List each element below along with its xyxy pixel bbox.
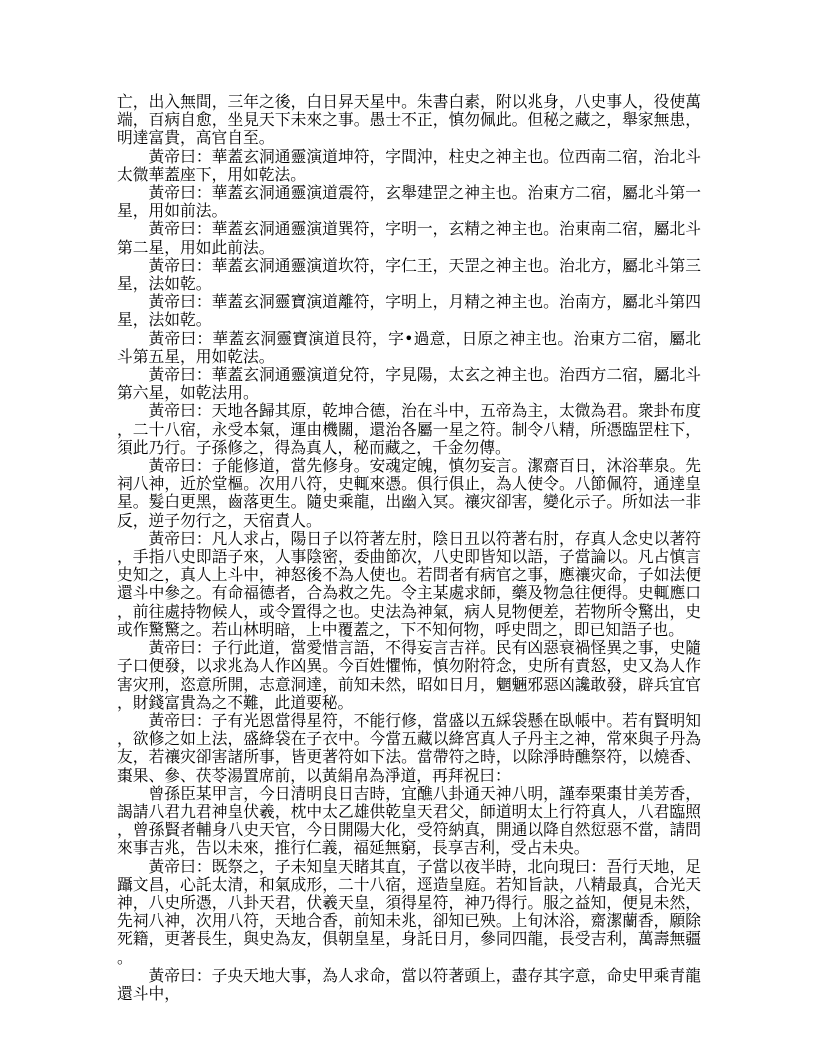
paragraph-great-matters: 黃帝曰：子央天地大事，為人求命，當以符著頭上，盡存其字意，命史甲乘青龍還斗中，: [117, 967, 701, 1003]
paragraph-zhen-talisman: 黃帝曰：華蓋玄洞通靈演道震符，玄舉建罡之神主也。治東方二宿，屬北斗第一星，用如前…: [117, 184, 701, 220]
document-page: 亡，出入無間，三年之後，白日昇天星中。朱書白素，附以兆身，八史事人，役使萬端，百…: [117, 93, 701, 1003]
paragraph-speech-caution: 黃帝曰：子行此道，當愛惜言語，不得妄言吉祥。民有凶惡衰禍怪異之事，史隨子口便發，…: [117, 639, 701, 712]
paragraph-gen-talisman: 黃帝曰：華蓋玄洞靈寶演道艮符，字•過意，日原之神主也。治東方二宿，屬北斗第五星，…: [117, 330, 701, 366]
paragraph-heaven-earth: 黃帝曰：天地各歸其原，乾坤合德，治在斗中，五帝為主，太微為君。衆卦布度，二十八宿…: [117, 402, 701, 457]
paragraph-dui-talisman: 黃帝曰：華蓋玄洞通靈演道兌符，字見陽，太玄之神主也。治西方二宿，屬北斗第六星，如…: [117, 366, 701, 402]
paragraph-star-talisman: 黃帝曰：子有光恩當得星符，不能行修，當盛以五綵袋懸在臥帳中。若有賢明知，欲修之如…: [117, 712, 701, 785]
paragraph-xun-talisman: 黃帝曰：華蓋玄洞通靈演道巽符，字明一，玄精之神主也。治東南二宿，屬北斗第二星，用…: [117, 220, 701, 256]
paragraph-kun-talisman: 黃帝曰：華蓋玄洞通靈演道坤符，字間沖，柱史之神主也。位西南二宿，治北斗太微華蓋座…: [117, 148, 701, 184]
paragraph-divination: 黃帝曰：凡人求占，陽日子以符著左肘，陰日丑以符著右肘，存真人念史以著符，手指八史…: [117, 530, 701, 639]
paragraph-invocation: 曾孫臣某甲言，今日清明良日吉時，宜醮八卦通天神八明，謹奉栗棗甘美芳香，謁請八君九…: [117, 785, 701, 858]
paragraph-after-sacrifice: 黃帝曰：既祭之，子未知皇天睹其直，子當以夜半時，北向現曰：吾行天地，足躡文昌，心…: [117, 858, 701, 967]
paragraph-cultivate-dao: 黃帝曰：子能修道，當先修身。安魂定魄，慎勿妄言。潔齋百日，沐浴華泉。先祠八神，近…: [117, 457, 701, 530]
paragraph-kan-talisman: 黃帝曰：華蓋玄洞通靈演道坎符，字仁王，天罡之神主也。治北方，屬北斗第三星，法如乾…: [117, 257, 701, 293]
paragraph-continuation: 亡，出入無間，三年之後，白日昇天星中。朱書白素，附以兆身，八史事人，役使萬端，百…: [117, 93, 701, 148]
paragraph-li-talisman: 黃帝曰：華蓋玄洞靈寶演道離符，字明上，月精之神主也。治南方，屬北斗第四星，法如乾…: [117, 293, 701, 329]
